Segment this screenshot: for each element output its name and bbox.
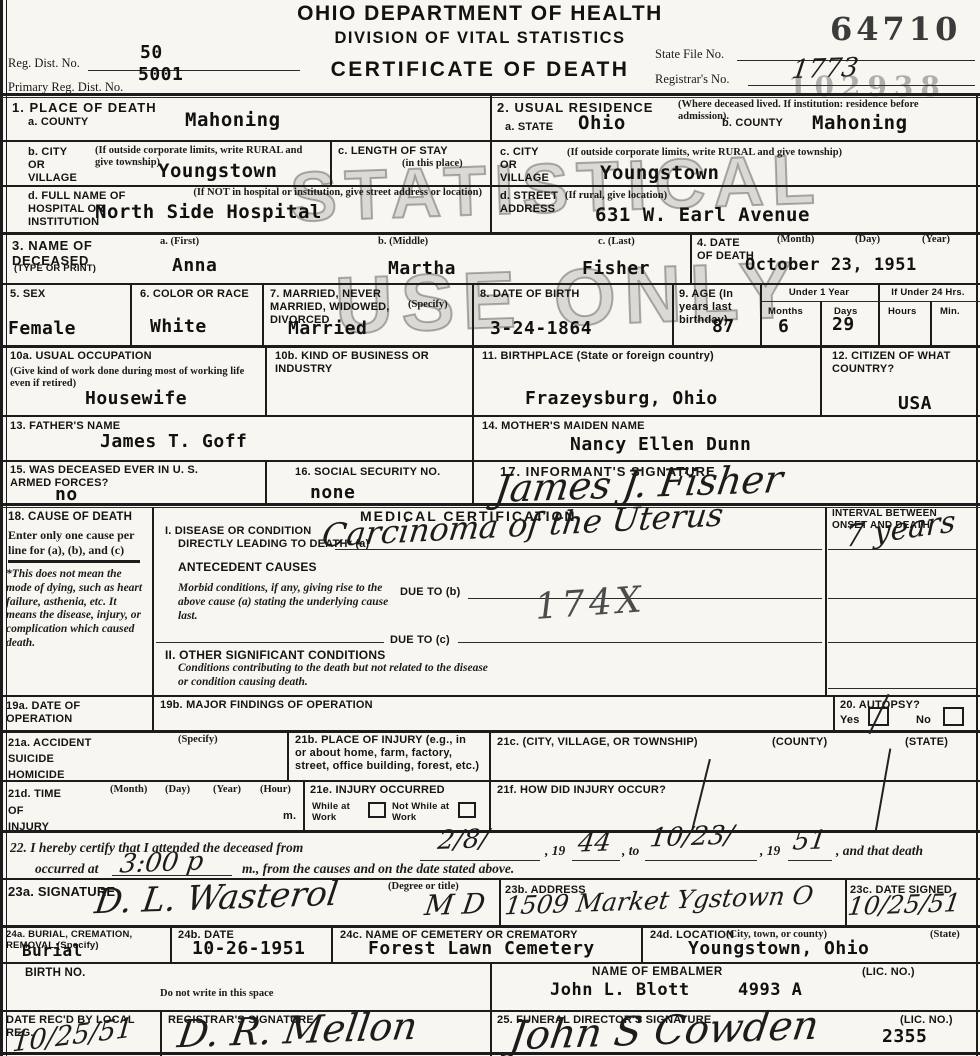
grid-line <box>330 140 332 185</box>
morbid-note: Morbid conditions, if any, giving rise t… <box>178 582 393 623</box>
stray-pen-stroke <box>875 748 892 831</box>
first-name-label: a. (First) <box>160 236 199 248</box>
ssn-label: 16. SOCIAL SECURITY NO. <box>295 466 440 479</box>
place-of-death-title: 1. PLACE OF DEATH <box>12 100 157 115</box>
cause-note2: *This does not mean the mode of dying, s… <box>6 568 148 651</box>
length-of-stay-label: c. LENGTH OF STAY <box>338 145 486 158</box>
grid-line <box>287 730 289 780</box>
type-or-print-label: (TYPE OR PRINT) <box>14 263 96 274</box>
embalmer-lic-label: (LIC. NO.) <box>862 966 915 979</box>
father-name-value: James T. Goff <box>100 431 247 452</box>
middle-name-value: Martha <box>388 258 456 279</box>
interval-line-3 <box>828 642 976 643</box>
embalmer-lic-value: 4993 A <box>738 980 802 1000</box>
hospital-hint: (If NOT in hospital or institution, give… <box>150 187 482 199</box>
residence-city-label: c. CITY OR VILLAGE <box>500 146 558 185</box>
cause-note1: Enter only one cause per line for (a), (… <box>8 528 146 558</box>
grid-line <box>0 345 980 348</box>
injury-m-label: m. <box>283 810 296 823</box>
how-injury-occurred-label: 21f. HOW DID INJURY OCCUR? <box>497 784 666 797</box>
birthplace-label: 11. BIRTHPLACE (State or foreign country… <box>482 350 714 363</box>
city-value: Youngstown <box>158 160 277 182</box>
reg-dist-value: 50 <box>140 42 163 63</box>
county-value: Mahoning <box>185 109 281 131</box>
autopsy-no-checkbox <box>943 707 964 726</box>
page-title: OHIO DEPARTMENT OF HEALTH <box>220 2 740 26</box>
armed-forces-value: no <box>55 484 78 505</box>
marital-status-value: Married <box>288 318 367 339</box>
under-1-year-label: Under 1 Year <box>760 287 878 298</box>
cemetery-value: Forest Lawn Cemetery <box>368 938 595 959</box>
grid-line <box>0 503 980 506</box>
reg-dist-label: Reg. Dist. No. <box>8 56 80 71</box>
due-to-c-line-right <box>458 642 822 643</box>
interval-line-2 <box>828 598 976 599</box>
grid-line <box>472 283 474 345</box>
birth-no-label: BIRTH NO. <box>25 967 86 981</box>
grid-line <box>0 283 980 285</box>
certify-year1-value: 44 <box>576 827 613 858</box>
grid-line <box>160 1010 162 1056</box>
while-at-work-checkbox <box>368 802 386 818</box>
armed-forces-label: 15. WAS DECEASED EVER IN U. S. ARMED FOR… <box>10 464 220 490</box>
min-label: Min. <box>940 306 960 317</box>
specify-hint: (Specify) <box>178 734 218 746</box>
grid-line <box>265 460 267 505</box>
grid-line <box>820 301 822 345</box>
injury-occurred-label: 21e. INJURY OCCURRED <box>310 784 445 797</box>
age-value: 87 <box>712 316 735 337</box>
injury-year-label: (Year) <box>213 784 241 796</box>
due-to-c-line-left <box>156 642 384 643</box>
grid-line <box>265 345 267 415</box>
injury-month-label: (Month) <box>110 784 147 796</box>
autopsy-no-label: No <box>916 714 931 727</box>
grid-line <box>820 345 822 415</box>
certify-from-value: 2/8/ <box>436 824 491 856</box>
funeral-director-lic-value: 2355 <box>882 1026 927 1047</box>
occupation-value: Housewife <box>85 388 187 409</box>
certify-post: , and that death <box>836 843 923 859</box>
grid-line <box>490 962 492 1056</box>
injury-hour-label: (Hour) <box>260 784 291 796</box>
under-24-hrs-label: If Under 24 Hrs. <box>878 287 978 298</box>
grid-line <box>472 460 474 505</box>
grid-line <box>490 95 492 232</box>
injury-county-label: (COUNTY) <box>772 736 827 749</box>
time-of-injury-label: 21d. TIME OF INJURY <box>8 786 68 836</box>
burial-location-value: Youngstown, Ohio <box>688 938 869 959</box>
date-of-death-year-label: (Year) <box>922 234 950 246</box>
certify-19-2: , 19 <box>760 843 780 859</box>
do-not-write-note: Do not write in this space <box>160 988 273 1000</box>
sex-value: Female <box>8 318 76 339</box>
citizen-label: 12. CITIZEN OF WHAT COUNTRY? <box>832 350 967 376</box>
residence-state-value: Ohio <box>578 112 626 134</box>
left-border-inner <box>6 0 7 1056</box>
residence-city-hint: (If outside corporate limits, write RURA… <box>567 147 967 159</box>
street-address-hint: (If rural, give location) <box>565 190 667 202</box>
grid-line <box>472 415 474 460</box>
date-of-death-month-label: (Month) <box>777 234 814 246</box>
grid-line <box>152 695 154 730</box>
grid-line <box>152 507 154 695</box>
certify-to: , to <box>622 843 639 859</box>
certify-year2-value: 51 <box>791 825 828 856</box>
certify-line2a: occurred at <box>35 861 98 877</box>
last-name-value: Fisher <box>582 258 650 279</box>
first-name-value: Anna <box>172 255 217 276</box>
grid-line <box>672 283 674 345</box>
interval-line-1 <box>828 549 976 550</box>
registrar-no-label: Registrar's No. <box>655 72 729 87</box>
citizen-value: USA <box>898 393 932 414</box>
grid-line <box>825 507 827 695</box>
certify-19-1: , 19 <box>545 843 565 859</box>
color-race-label: 6. COLOR OR RACE <box>140 288 249 301</box>
grid-line <box>0 415 980 417</box>
degree-value: M D <box>423 887 488 922</box>
date-of-birth-value: 3-24-1864 <box>490 318 592 339</box>
cause-code-value: 174X <box>534 579 647 628</box>
county-label: a. COUNTY <box>28 116 88 129</box>
other-conditions-label: II. OTHER SIGNIFICANT CONDITIONS <box>165 648 385 662</box>
embalmer-label: NAME OF EMBALMER <box>592 966 723 980</box>
date-signed-value: 10/25/51 <box>846 888 962 921</box>
certify-line <box>112 875 232 876</box>
residence-state-label: a. STATE <box>505 121 553 134</box>
note-divider <box>8 560 140 563</box>
page-subtitle: DIVISION OF VITAL STATISTICS <box>220 29 740 48</box>
grid-line <box>760 301 980 302</box>
certify-to-value: 10/23/ <box>648 820 736 853</box>
reg-dist-line <box>88 70 300 71</box>
not-while-at-work-label: Not While at Work <box>392 801 450 823</box>
primary-reg-dist-value: 5001 <box>138 64 183 85</box>
physician-signature-value: D. L. Wasterol <box>92 874 340 923</box>
length-of-stay-hint: (in this place) <box>402 158 463 170</box>
date-of-operation-label: 19a. DATE OF OPERATION <box>6 700 136 726</box>
major-findings-label: 19b. MAJOR FINDINGS OF OPERATION <box>160 699 373 712</box>
cause-of-death-label: 18. CAUSE OF DEATH <box>8 511 132 525</box>
street-address-label: d. STREET ADDRESS <box>500 190 562 216</box>
mother-name-label: 14. MOTHER'S MAIDEN NAME <box>482 420 645 433</box>
residence-county-label: b. COUNTY <box>722 117 783 130</box>
grid-line <box>303 780 305 830</box>
occupation-label: 10a. USUAL OCCUPATION <box>10 350 152 363</box>
days-value: 29 <box>832 314 855 335</box>
left-border <box>0 0 3 1056</box>
grid-line <box>170 925 172 962</box>
burial-value: Burial <box>22 941 83 960</box>
business-industry-label: 10b. KIND OF BUSINESS OR INDUSTRY <box>275 350 465 376</box>
usual-residence-title: 2. USUAL RESIDENCE <box>497 100 653 115</box>
injury-state-label: (STATE) <box>905 736 948 749</box>
date-of-birth-label: 8. DATE OF BIRTH <box>480 288 580 301</box>
grid-line <box>331 925 333 962</box>
grid-line <box>489 780 491 830</box>
certify-line <box>572 860 620 861</box>
hospital-value: North Side Hospital <box>95 201 322 223</box>
burial-date-value: 10-26-1951 <box>192 938 305 959</box>
injury-day-label: (Day) <box>165 784 190 796</box>
color-race-value: White <box>150 316 207 337</box>
grid-line <box>690 232 692 283</box>
stray-pen-stroke <box>691 759 711 831</box>
date-of-death-value: October 23, 1951 <box>745 255 917 275</box>
autopsy-yes-label: Yes <box>840 714 860 727</box>
right-border <box>976 95 978 1056</box>
grid-line <box>130 283 132 345</box>
street-address-value: 631 W. Earl Avenue <box>595 204 810 226</box>
place-of-injury-label: 21b. PLACE OF INJURY (e.g., in or about … <box>295 734 480 773</box>
burial-location-state-hint: (State) <box>930 929 960 941</box>
residence-county-value: Mahoning <box>812 112 908 134</box>
marital-status-hint: (Specify) <box>408 299 448 311</box>
grid-line <box>930 301 932 345</box>
not-while-at-work-checkbox <box>458 802 476 818</box>
other-conditions-note: Conditions contributing to the death but… <box>178 662 498 690</box>
grid-line <box>262 283 264 345</box>
birthplace-value: Frazeysburg, Ohio <box>525 388 718 409</box>
due-to-b-label: DUE TO (b) <box>400 586 460 599</box>
state-file-label: State File No. <box>655 47 724 62</box>
interval-line-4 <box>828 688 976 689</box>
certify-line <box>788 860 832 861</box>
grid-line <box>833 695 835 730</box>
city-label: b. CITY OR VILLAGE <box>28 146 84 185</box>
mother-name-value: Nancy Ellen Dunn <box>570 434 751 455</box>
certify-line <box>645 860 757 861</box>
occupation-hint: (Give kind of work done during most of w… <box>10 366 255 390</box>
state-file-stamp-number: 64710 <box>830 10 961 48</box>
grid-line <box>0 232 980 235</box>
ssn-value: none <box>310 482 355 503</box>
grid-line <box>0 925 980 928</box>
due-to-c-label: DUE TO (c) <box>390 634 450 647</box>
disease-condition-label: I. DISEASE OR CONDITION <box>165 525 311 538</box>
grid-line <box>489 730 491 780</box>
middle-name-label: b. (Middle) <box>378 236 428 248</box>
while-at-work-label: While at Work <box>312 801 360 823</box>
death-certificate-form: STATISTICAL USE ONLY OHIO DEPARTMENT OF … <box>0 0 980 1056</box>
antecedent-causes-label: ANTECEDENT CAUSES <box>178 560 317 574</box>
grid-line <box>641 925 643 962</box>
date-of-death-day-label: (Day) <box>855 234 880 246</box>
grid-line <box>472 345 474 415</box>
residence-city-value: Youngstown <box>600 162 719 184</box>
months-value: 6 <box>778 316 789 337</box>
embalmer-name-value: John L. Blott <box>550 980 690 1000</box>
grid-line <box>0 460 980 462</box>
accident-suicide-homicide-label: 21a. ACCIDENT SUICIDE HOMICIDE <box>8 736 96 784</box>
hours-label: Hours <box>888 306 916 317</box>
injury-city-label: 21c. (CITY, VILLAGE, OR TOWNSHIP) <box>497 736 698 749</box>
sex-label: 5. SEX <box>10 288 45 301</box>
last-name-label: c. (Last) <box>598 236 635 248</box>
registrar-signature-value: D. R. Mellon <box>175 1004 420 1056</box>
grid-line <box>499 878 501 925</box>
